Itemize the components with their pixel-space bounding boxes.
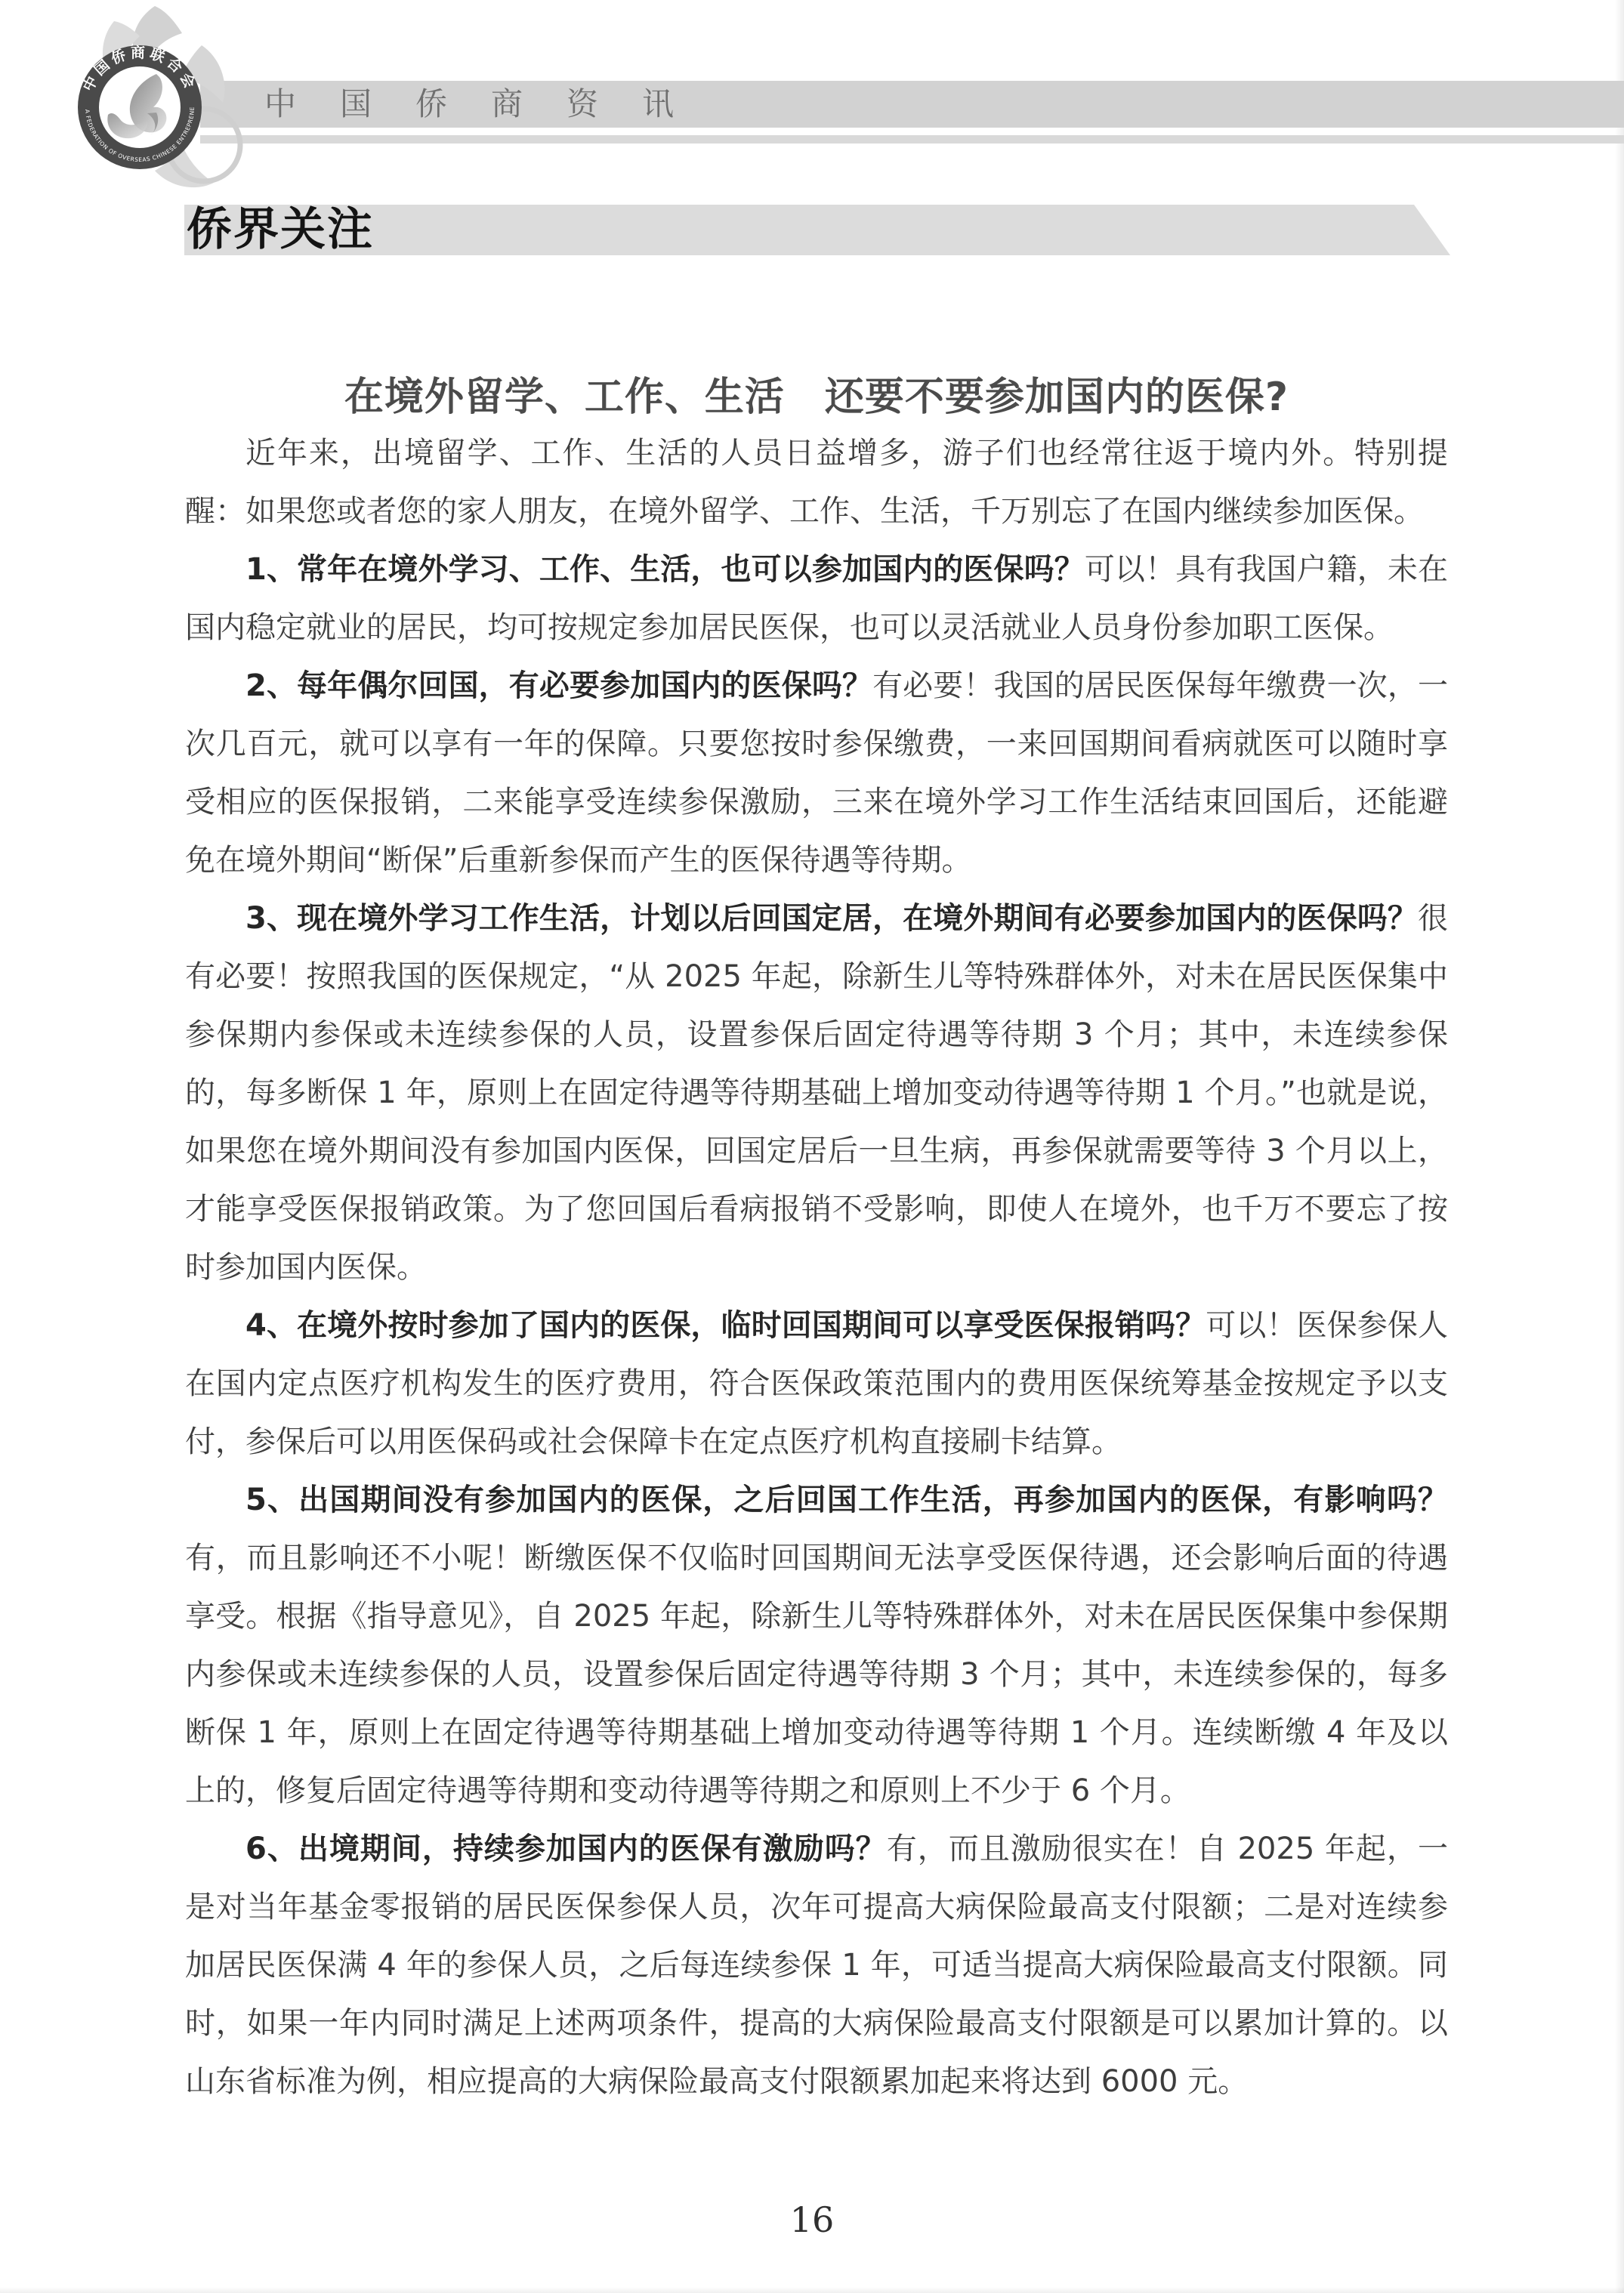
- question-text: 2、每年偶尔回国，有必要参加国内的医保吗？: [245, 668, 872, 703]
- masthead-underline: [200, 135, 1624, 144]
- answer-text: 有，而且影响还不小呢！断缴医保不仅临时回国期间无法享受医保待遇，还会影响后面的待…: [185, 1541, 1448, 1808]
- article-paragraph: 1、常年在境外学习、工作、生活，也可以参加国内的医保吗？可以！具有我国户籍，未在…: [185, 541, 1448, 657]
- magazine-page: { "header": { "masthead_title": "中国侨商资讯"…: [0, 0, 1624, 2293]
- article-body: 近年来，出境留学、工作、生活的人员日益增多，游子们也经常往返于境内外。特别提醒：…: [185, 424, 1448, 2111]
- question-text: 5、出国期间没有参加国内的医保，之后回国工作生活，再参加国内的医保，有影响吗？: [245, 1483, 1448, 1517]
- question-text: 3、现在境外学习工作生活，计划以后回国定居，在境外期间有必要参加国内的医保吗？: [245, 901, 1418, 936]
- article-paragraph: 6、出境期间，持续参加国内的医保有激励吗？有，而且激励很实在！自 2025 年起…: [185, 1820, 1448, 2111]
- article-paragraph: 2、每年偶尔回国，有必要参加国内的医保吗？有必要！我国的居民医保每年缴费一次，一…: [185, 657, 1448, 890]
- question-text: 6、出境期间，持续参加国内的医保有激励吗？: [245, 1832, 887, 1866]
- page-number: 16: [0, 2199, 1624, 2240]
- federation-logo: 中国侨商联合会 CHINA FEDERATION OF OVERSEAS CHI…: [42, 0, 268, 227]
- federation-logo-icon: 中国侨商联合会 CHINA FEDERATION OF OVERSEAS CHI…: [42, 0, 268, 227]
- scan-edge-right: [1615, 0, 1624, 2293]
- article-paragraph: 3、现在境外学习工作生活，计划以后回国定居，在境外期间有必要参加国内的医保吗？很…: [185, 890, 1448, 1297]
- question-text: 4、在境外按时参加了国内的医保，临时回国期间可以享受医保报销吗？: [245, 1308, 1206, 1343]
- article-paragraph: 近年来，出境留学、工作、生活的人员日益增多，游子们也经常往返于境内外。特别提醒：…: [185, 424, 1448, 541]
- article-paragraph: 4、在境外按时参加了国内的医保，临时回国期间可以享受医保报销吗？可以！医保参保人…: [185, 1297, 1448, 1471]
- scan-edge-bottom: [0, 2287, 1624, 2293]
- answer-text: 有，而且激励很实在！自 2025 年起，一是对当年基金零报销的居民医保参保人员，…: [185, 1832, 1448, 2099]
- article-title: 在境外留学、工作、生活 还要不要参加国内的医保?: [185, 365, 1448, 421]
- answer-text: 很有必要！按照我国的医保规定，“从 2025 年起，除新生儿等特殊群体外，对未在…: [185, 901, 1448, 1285]
- section-banner-bar: [184, 205, 1450, 255]
- masthead-title: 中国侨商资讯: [264, 81, 718, 128]
- question-text: 1、常年在境外学习、工作、生活，也可以参加国内的医保吗？: [245, 552, 1085, 587]
- article-paragraph: 5、出国期间没有参加国内的医保，之后回国工作生活，再参加国内的医保，有影响吗？有…: [185, 1471, 1448, 1820]
- answer-text: 近年来，出境留学、工作、生活的人员日益增多，游子们也经常往返于境内外。特别提醒：…: [185, 436, 1448, 529]
